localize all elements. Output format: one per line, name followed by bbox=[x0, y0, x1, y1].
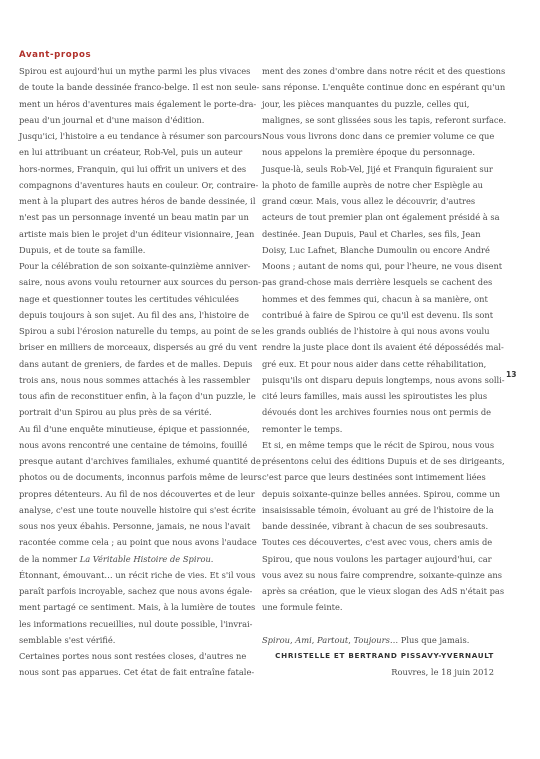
text-line: paraît parfois incroyable, sachez que no… bbox=[19, 583, 264, 599]
text-line: malignes, se sont glissées sous les tapi… bbox=[262, 112, 494, 128]
spacer bbox=[262, 616, 494, 632]
text-fragment: de la nommer bbox=[19, 554, 80, 564]
text-line: peau d'un journal et d'une maison d'édit… bbox=[19, 112, 264, 128]
book-title: La Véritable Histoire de Spirou bbox=[80, 554, 211, 564]
text-line: photos ou de documents, inconnus parfois… bbox=[19, 469, 264, 485]
text-line: portrait d'un Spirou au plus près de sa … bbox=[19, 404, 264, 420]
text-line: gré eux. Et pour nous aider dans cette r… bbox=[262, 356, 494, 372]
text-line: bande dessinée, vibrant à chacun de ses … bbox=[262, 518, 494, 534]
text-line: de toute la bande dessinée franco-belge.… bbox=[19, 79, 264, 95]
text-line: n'est pas un personnage inventé un beau … bbox=[19, 209, 264, 225]
slogan-word: Ami bbox=[295, 635, 312, 645]
text-line: nous appelons la première époque du pers… bbox=[262, 144, 494, 160]
text-line: nage et questionner toutes les certitude… bbox=[19, 291, 264, 307]
text-line: depuis toujours à son sujet. Au fil des … bbox=[19, 307, 264, 323]
text-line: grand cœur. Mais, vous allez le découvri… bbox=[262, 193, 494, 209]
text-line: semblable s'est vérifié. bbox=[19, 632, 264, 648]
place-date: Rouvres, le 18 juin 2012 bbox=[262, 664, 494, 680]
text-line: artiste mais bien le projet d'un éditeur… bbox=[19, 226, 264, 242]
text-line: c'est parce que leurs destinées sont int… bbox=[262, 469, 494, 485]
text-line: présentons celui des éditions Dupuis et … bbox=[262, 453, 494, 469]
text-line: sous nos yeux ébahis. Personne, jamais, … bbox=[19, 518, 264, 534]
text-line: Dupuis, et de toute sa famille. bbox=[19, 242, 264, 258]
text-line: Doisy, Luc Lafnet, Blanche Dumoulin ou e… bbox=[262, 242, 494, 258]
text-line: briser en milliers de morceaux, dispersé… bbox=[19, 339, 264, 355]
slogan-word: Partout bbox=[317, 635, 348, 645]
text-line: Nous vous livrons donc dans ce premier v… bbox=[262, 128, 494, 144]
text-line: nous avons rencontré une centaine de tém… bbox=[19, 437, 264, 453]
text-line: Spirou a subi l'érosion naturelle du tem… bbox=[19, 323, 264, 339]
text-line: Spirou, que nous voulons les partager au… bbox=[262, 551, 494, 567]
text-line: presque autant d'archives familiales, ex… bbox=[19, 453, 264, 469]
text-line: jour, les pièces manquantes du puzzle, c… bbox=[262, 96, 494, 112]
text-line: Jusque-là, seuls Rob-Vel, Jijé et Franqu… bbox=[262, 161, 494, 177]
text-line: acteurs de tout premier plan ont égaleme… bbox=[262, 209, 494, 225]
slogan-tail: … Plus que jamais. bbox=[390, 635, 470, 645]
slogan-word: Spirou bbox=[262, 635, 290, 645]
text-line: Au fil d'une enquête minutieuse, épique … bbox=[19, 421, 264, 437]
text-line: depuis soixante-quinze belles années. Sp… bbox=[262, 486, 494, 502]
text-line: Pour la célébration de son soixante-quin… bbox=[19, 258, 264, 274]
text-line: les informations recueillies, nul doute … bbox=[19, 616, 264, 632]
text-line: sans réponse. L'enquête continue donc en… bbox=[262, 79, 494, 95]
text-line: de la nommer La Véritable Histoire de Sp… bbox=[19, 551, 264, 567]
text-line: dévoués dont les archives fournies nous … bbox=[262, 404, 494, 420]
text-line: ment un héros d'aventures mais également… bbox=[19, 96, 264, 112]
text-line: Toutes ces découvertes, c'est avec vous,… bbox=[262, 534, 494, 550]
text-line: tous afin de reconstituer enfin, à la fa… bbox=[19, 388, 264, 404]
text-line: pas grand-chose mais derrière lesquels s… bbox=[262, 274, 494, 290]
text-line: après sa création, que le vieux slogan d… bbox=[262, 583, 494, 599]
text-line: Étonnant, émouvant… un récit riche de vi… bbox=[19, 567, 264, 583]
section-heading: Avant-propos bbox=[19, 50, 91, 60]
book-page: Avant-propos Spirou est aujourd'hui un m… bbox=[0, 0, 540, 759]
text-line: Spirou est aujourd'hui un mythe parmi le… bbox=[19, 63, 264, 79]
text-line: insaisissable témoin, évoluant au gré de… bbox=[262, 502, 494, 518]
text-line: vous avez su nous faire comprendre, soix… bbox=[262, 567, 494, 583]
left-column: Spirou est aujourd'hui un mythe parmi le… bbox=[19, 63, 264, 681]
text-line: saire, nous avons voulu retourner aux so… bbox=[19, 274, 264, 290]
right-column: ment des zones d'ombre dans notre récit … bbox=[262, 63, 494, 681]
text-line: en lui attribuant un créateur, Rob-Vel, … bbox=[19, 144, 264, 160]
author-signature: CHRISTELLE ET BERTRAND PISSAVY-YVERNAULT bbox=[262, 648, 494, 664]
text-line: contribué à faire de Spirou ce qu'il est… bbox=[262, 307, 494, 323]
text-line: ment des zones d'ombre dans notre récit … bbox=[262, 63, 494, 79]
text-line: Et si, en même temps que le récit de Spi… bbox=[262, 437, 494, 453]
text-line: Certaines portes nous sont restées close… bbox=[19, 648, 264, 664]
text-line: dans autant de greniers, de fardes et de… bbox=[19, 356, 264, 372]
slogan-line: Spirou, Ami, Partout, Toujours… Plus que… bbox=[262, 632, 494, 648]
text-line: remonter le temps. bbox=[262, 421, 494, 437]
text-line: ment partagé ce sentiment. Mais, à la lu… bbox=[19, 599, 264, 615]
text-line: puisqu'ils ont disparu depuis longtemps,… bbox=[262, 372, 494, 388]
text-line: ment à la plupart des autres héros de ba… bbox=[19, 193, 264, 209]
text-line: Jusqu'ici, l'histoire a eu tendance à ré… bbox=[19, 128, 264, 144]
text-line: destinée. Jean Dupuis, Paul et Charles, … bbox=[262, 226, 494, 242]
text-line: la photo de famille auprès de notre cher… bbox=[262, 177, 494, 193]
text-line: nous sont pas apparues. Cet état de fait… bbox=[19, 664, 264, 680]
text-line: une formule feinte. bbox=[262, 599, 494, 615]
text-line: Moons ; autant de noms qui, pour l'heure… bbox=[262, 258, 494, 274]
text-line: compagnons d'aventures hauts en couleur.… bbox=[19, 177, 264, 193]
text-line: trois ans, nous nous sommes attachés à l… bbox=[19, 372, 264, 388]
slogan-word: Toujours bbox=[353, 635, 389, 645]
text-fragment: . bbox=[211, 554, 214, 564]
text-line: cité leurs familles, mais aussi les spir… bbox=[262, 388, 494, 404]
text-line: propres détenteurs. Au fil de nos découv… bbox=[19, 486, 264, 502]
text-line: analyse, c'est une toute nouvelle histoi… bbox=[19, 502, 264, 518]
text-line: racontée comme cela ; au point que nous … bbox=[19, 534, 264, 550]
text-line: hors-normes, Franquin, qui lui offrit un… bbox=[19, 161, 264, 177]
text-line: rendre la juste place dont ils avaient é… bbox=[262, 339, 494, 355]
text-line: hommes et des femmes qui, chacun à sa ma… bbox=[262, 291, 494, 307]
text-line: les grands oubliés de l'histoire à qui n… bbox=[262, 323, 494, 339]
page-number: 13 bbox=[506, 370, 516, 379]
